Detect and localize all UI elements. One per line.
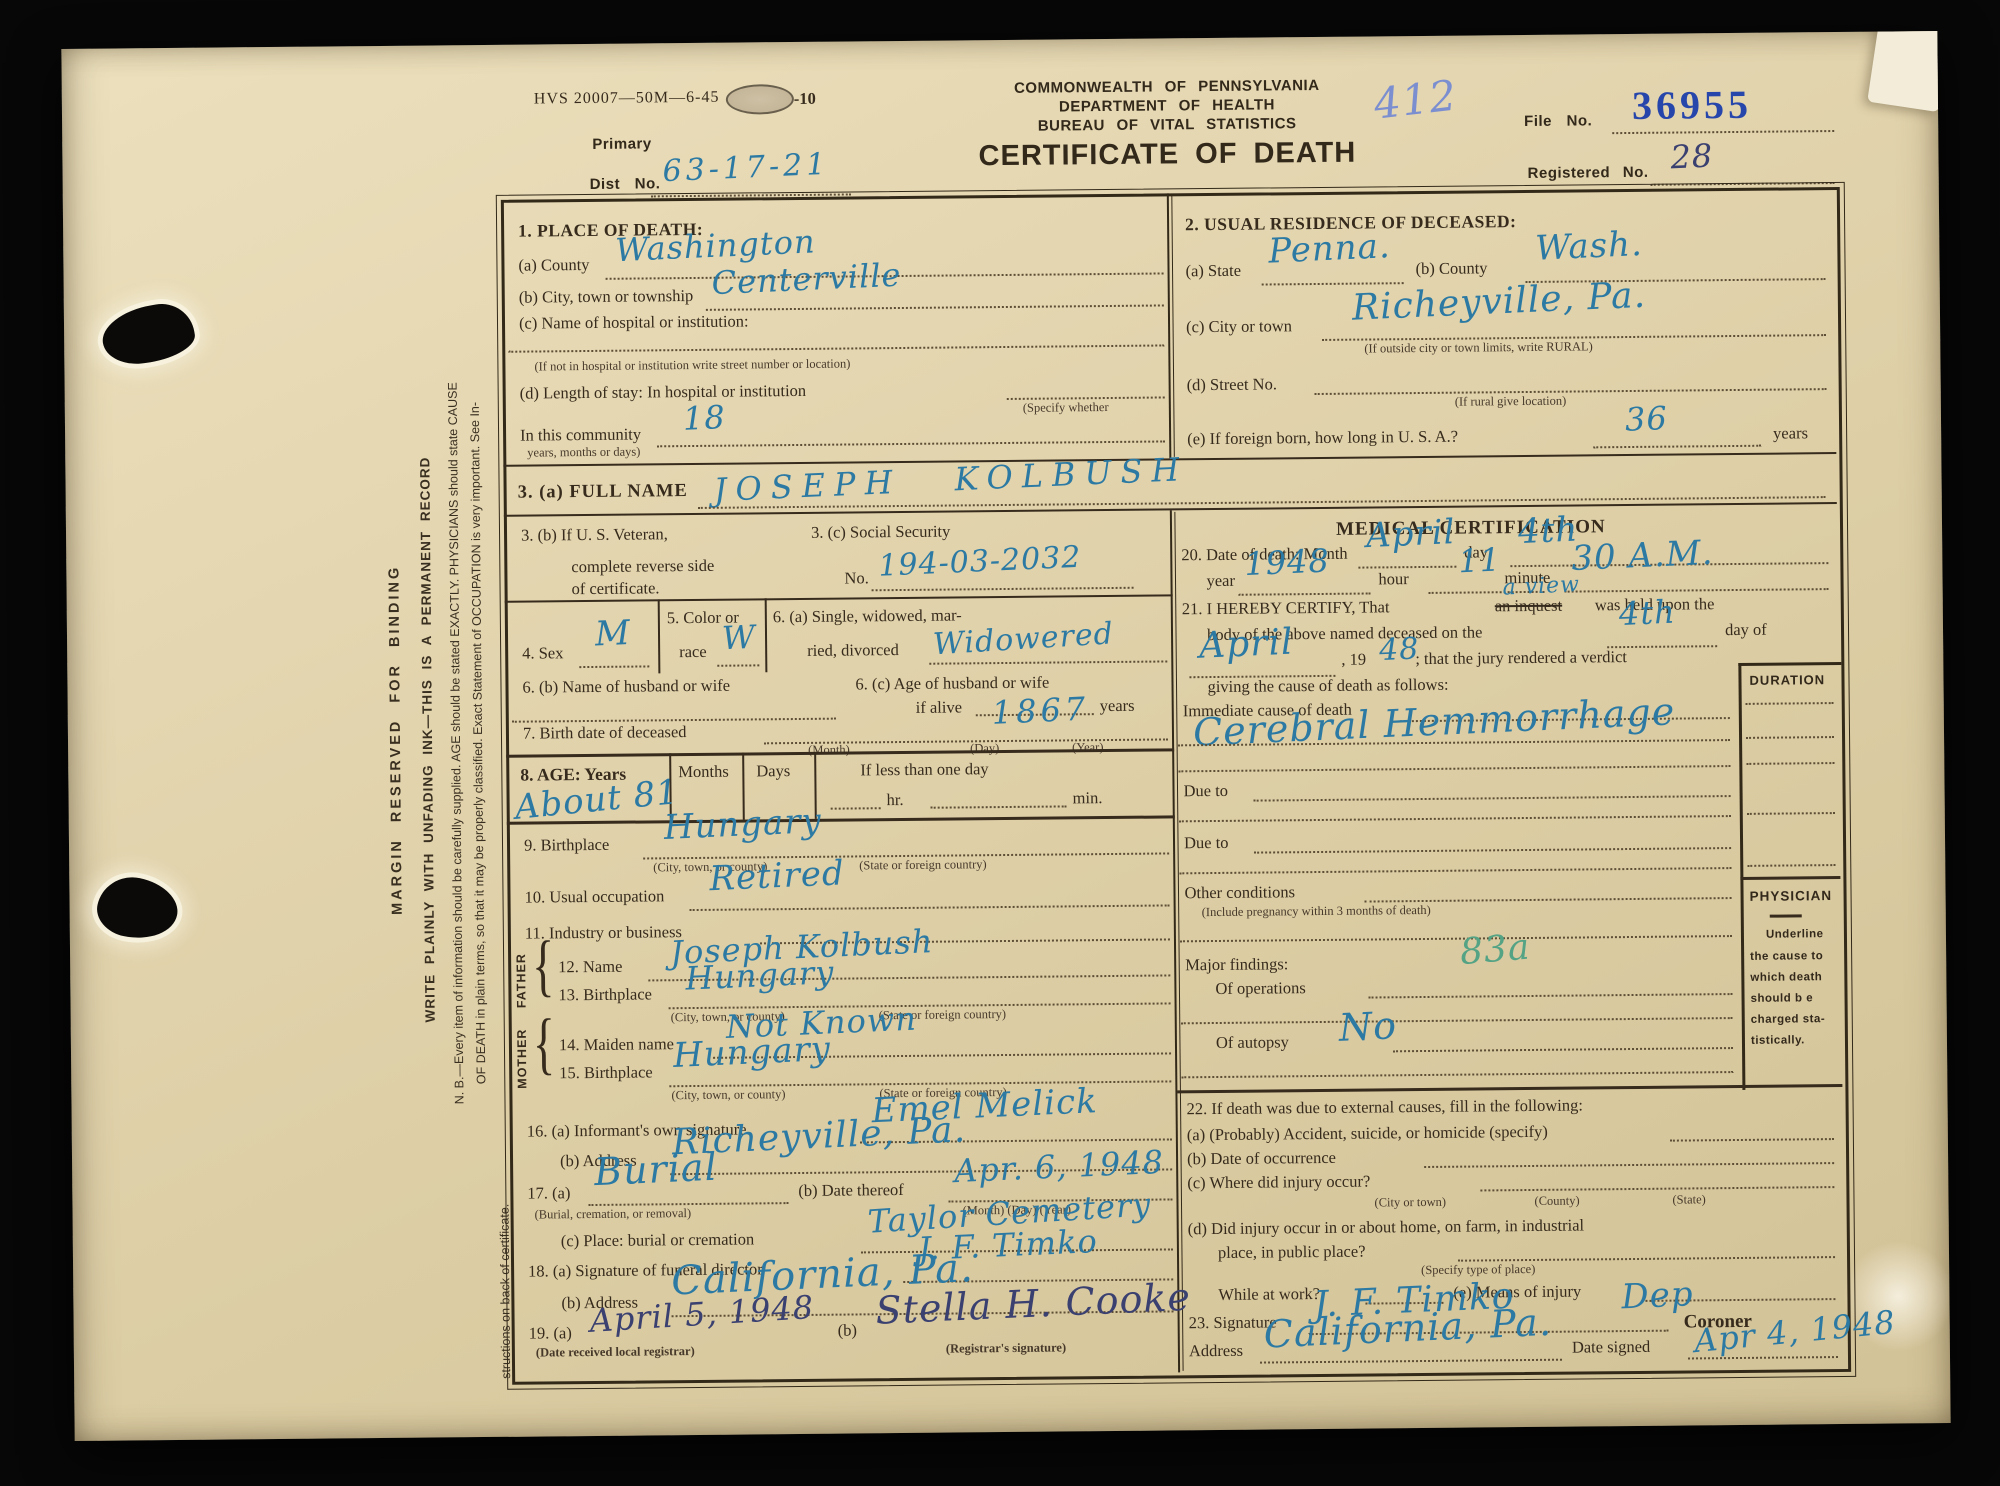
physician-note-5: charged sta- — [1751, 1013, 1826, 1026]
birthplace-label: 9. Birthplace — [524, 836, 609, 856]
registered-number-label: Registered No. — [1528, 164, 1649, 182]
race-value: W — [721, 622, 756, 654]
dotted-line — [1746, 734, 1834, 739]
spouse-years-suffix: years — [1100, 697, 1135, 716]
residence-county-label: (b) County — [1415, 259, 1487, 279]
form-stock-number: HVS 20007—50M—6-45 — [534, 89, 720, 109]
date-thereof-value: Apr. 6, 1948 — [954, 1147, 1165, 1187]
dotted-line — [1746, 700, 1834, 705]
full-name-label: 3. (a) FULL NAME — [518, 481, 688, 504]
file-number-value: 36955 — [1632, 81, 1752, 129]
registrar-date-note: (Date received local registrar) — [536, 1345, 695, 1360]
dotted-line — [1746, 760, 1834, 765]
place-type-note: (Specify type of place) — [1421, 1263, 1535, 1278]
physician-label: PHYSICIAN — [1750, 888, 1833, 904]
death-hour-value: 11 — [1458, 545, 1502, 577]
mother-vertical-label: MOTHER — [515, 1021, 530, 1097]
city-township-value: Centerville — [711, 260, 902, 299]
burial-note: (Burial, cremation, or removal) — [535, 1207, 692, 1222]
injury-where-label: (c) Where did injury occur? — [1187, 1173, 1370, 1194]
department-line: DEPARTMENT OF HEALTH — [912, 95, 1422, 117]
county-label: (a) County — [518, 256, 589, 276]
registrar-signature-note: (Registrar's signature) — [946, 1341, 1066, 1356]
community-value: 18 — [682, 402, 726, 434]
residence-state-value: Penna. — [1268, 230, 1392, 268]
torn-corner — [1867, 31, 1950, 112]
spouse-age-label: 6. (c) Age of husband or wife — [855, 674, 1049, 695]
margin-note-ink: WRITE PLAINLY WITH UNFADING INK—THIS IS … — [414, 104, 441, 1376]
death-certificate-paper: MARGIN RESERVED FOR BINDING WRITE PLAINL… — [61, 31, 1950, 1441]
husband-wife-label: 6. (b) Name of husband or wife — [522, 677, 730, 698]
city-or-town-note: (City or town) — [1374, 1196, 1446, 1210]
death-month-value: April — [1365, 516, 1456, 552]
pregnancy-note: (Include pregnancy within 3 months of de… — [1202, 904, 1431, 920]
hospital-label: (c) Name of hospital or institution: — [519, 312, 749, 333]
foreign-born-label: (e) If foreign born, how long in U. S. A… — [1187, 428, 1458, 450]
sex-label: 4. Sex — [522, 644, 563, 663]
state-country-note: (State or foreign country) — [859, 858, 987, 873]
due-to-label-1: Due to — [1183, 782, 1228, 801]
veteran-label: 3. (b) If U. S. Veteran, — [521, 525, 668, 545]
date-signed-label: Date signed — [1572, 1338, 1651, 1358]
paper-hole-bottom — [92, 871, 182, 946]
due-to-label-2: Due to — [1184, 834, 1229, 853]
comma-19-label: , 19 — [1341, 651, 1366, 670]
other-conditions-label: Other conditions — [1184, 883, 1295, 903]
certify-line-3: ; that the jury rendered a verdict — [1415, 648, 1627, 669]
certify-line-1a: 21. I HEREBY CERTIFY, That — [1182, 598, 1390, 619]
major-findings-label: Major findings: — [1185, 955, 1288, 975]
mother-birthplace-label: 15. Birthplace — [559, 1063, 653, 1083]
date-thereof-label: (b) Date thereof — [798, 1181, 904, 1201]
occupation-value: Retired — [709, 857, 846, 895]
father-vertical-label: FATHER — [514, 945, 529, 1017]
accident-label: (a) (Probably) Accident, suicide, or hom… — [1187, 1123, 1548, 1145]
sex-value: M — [594, 617, 631, 651]
birthplace-value: Hungary — [663, 805, 822, 844]
certify-year-value: 48 — [1379, 635, 1420, 665]
injury-place-label-1: (d) Did injury occur in or about home, o… — [1188, 1216, 1585, 1239]
foreign-born-value: 36 — [1624, 403, 1668, 435]
ssn-no-label: No. — [844, 569, 868, 588]
community-note: years, months or days) — [527, 445, 640, 460]
county-value: Washington — [615, 226, 816, 265]
ssn-label: 3. (c) Social Security — [811, 523, 950, 543]
physician-note-6: tistically. — [1751, 1034, 1805, 1047]
seal-suffix: -10 — [794, 90, 816, 109]
autopsy-label: Of autopsy — [1216, 1033, 1289, 1053]
residence-county-value: Wash. — [1535, 228, 1644, 265]
file-number-label: File No. — [1524, 112, 1592, 130]
residence-state-label: (a) State — [1185, 262, 1241, 282]
less-than-day-label: If less than one day — [860, 760, 988, 780]
registrar-date-label: 19. (a) — [529, 1324, 572, 1343]
registrar-b-label: (b) — [838, 1321, 857, 1340]
external-causes-title: 22. If death was due to external causes,… — [1187, 1096, 1584, 1119]
certify-line-4: giving the cause of death as follows: — [1207, 676, 1448, 697]
bureau-line: BUREAU OF VITAL STATISTICS — [912, 114, 1422, 136]
burial-place-label: (c) Place: burial or cremation — [561, 1230, 755, 1251]
dotted-line — [831, 805, 881, 809]
father-brace: { — [532, 925, 555, 1005]
burial-value: Burial — [593, 1149, 718, 1191]
rural-note: (If outside city or town limits, write R… — [1364, 340, 1593, 356]
day-note: (Day) — [970, 742, 999, 756]
coroner-dep-value: Dep — [1621, 1278, 1695, 1313]
maiden-name-label: 14. Maiden name — [559, 1035, 674, 1055]
certify-month-value: April — [1198, 626, 1294, 664]
marital-label-1: 6. (a) Single, widowed, mar- — [773, 606, 962, 627]
registered-number-value: 28 — [1670, 140, 1714, 172]
father-birthplace-value: Hungary — [685, 957, 835, 994]
day-of-label: day of — [1725, 621, 1767, 640]
dotted-line — [1612, 128, 1834, 134]
physician-note-4: should b e — [1751, 992, 1814, 1005]
physician-dash — [1770, 914, 1802, 917]
certify-day-value: 4th — [1618, 597, 1676, 630]
coroner-address-value: California, Pa. — [1263, 1304, 1553, 1353]
veteran-note-2: of certificate. — [571, 579, 659, 599]
inquest-correction: a view — [1502, 575, 1580, 599]
operations-label: Of operations — [1215, 979, 1305, 999]
birthdate-value: 1867 — [991, 694, 1090, 729]
residence-city-label: (c) City or town — [1186, 317, 1292, 337]
district-number-value: 63-17-21 — [662, 151, 830, 187]
city-township-label: (b) City, town or township — [519, 287, 694, 308]
dotted-line — [717, 662, 759, 666]
autopsy-value: No — [1338, 1007, 1398, 1046]
printers-seal-stamp — [726, 84, 794, 115]
city-county-note: (City, town, or county) — [671, 1088, 785, 1103]
district-number-label: Dist No. — [590, 175, 661, 193]
street-no-label: (d) Street No. — [1187, 375, 1277, 395]
margin-note-nb-2: OF DEATH in plain terms, so that it may … — [465, 107, 491, 1379]
dotted-line — [1747, 810, 1835, 815]
paper-hole-top — [98, 299, 198, 369]
certificate-title: CERTIFICATE OF DEATH — [882, 136, 1452, 174]
death-hour-label: hour — [1378, 570, 1408, 589]
dotted-line — [579, 663, 649, 668]
burial-label: 17. (a) — [527, 1184, 570, 1203]
days-label: Days — [756, 762, 790, 781]
death-year-label: year — [1206, 572, 1235, 591]
father-name-label: 12. Name — [558, 958, 622, 978]
birthdate-label: 7. Birth date of deceased — [523, 723, 687, 744]
race-label-2: race — [679, 643, 707, 662]
county-note: (County) — [1534, 1195, 1579, 1209]
mother-birthplace-value: Hungary — [672, 1033, 831, 1072]
page-annotation-412: 412 — [1372, 75, 1459, 124]
margin-note-nb-1: N. B.—Every item of information should b… — [443, 107, 469, 1379]
min-label: min. — [1073, 789, 1103, 808]
rural-location-note: (If rural give location) — [1455, 395, 1567, 410]
occupation-label: 10. Usual occupation — [524, 887, 664, 907]
marital-label-2: ried, divorced — [807, 641, 899, 661]
death-year-value: 1948 — [1244, 545, 1331, 579]
if-alive-label: if alive — [916, 698, 962, 717]
years-suffix: years — [1773, 424, 1808, 443]
duration-label: DURATION — [1749, 672, 1825, 688]
occurrence-date-label: (b) Date of occurrence — [1187, 1149, 1336, 1169]
mother-brace: { — [533, 1003, 556, 1083]
while-at-work-label: While at work? — [1218, 1285, 1320, 1305]
specify-whether-note: (Specify whether — [1023, 401, 1109, 416]
injury-place-label-2: place, in public place? — [1218, 1243, 1366, 1263]
physician-note-2: the cause to — [1750, 950, 1823, 963]
death-minute-value: 30 A.M. — [1571, 537, 1714, 576]
coroner-address-label: Address — [1189, 1342, 1243, 1361]
father-birthplace-label: 13. Birthplace — [558, 985, 652, 1005]
length-of-stay-label: (d) Length of stay: In hospital or insti… — [520, 382, 807, 404]
community-label: In this community — [520, 425, 641, 445]
year-note: (Year) — [1072, 741, 1104, 755]
commonwealth-line: COMMONWEALTH OF PENNSYLVANIA — [912, 76, 1422, 98]
margin-note-binding: MARGIN RESERVED FOR BINDING — [382, 104, 410, 1376]
physician-note-1: Underline — [1766, 928, 1824, 941]
operations-value: 83a — [1459, 931, 1532, 971]
primary-label: Primary — [592, 135, 652, 153]
dotted-line — [1747, 862, 1835, 867]
veteran-note-1: complete reverse side — [571, 557, 714, 577]
physician-note-3: which death — [1750, 971, 1822, 984]
ssn-value: 194-03-2032 — [878, 544, 1082, 582]
state-note: (State) — [1672, 1193, 1705, 1207]
hr-label: hr. — [887, 791, 904, 810]
months-label: Months — [678, 763, 729, 782]
